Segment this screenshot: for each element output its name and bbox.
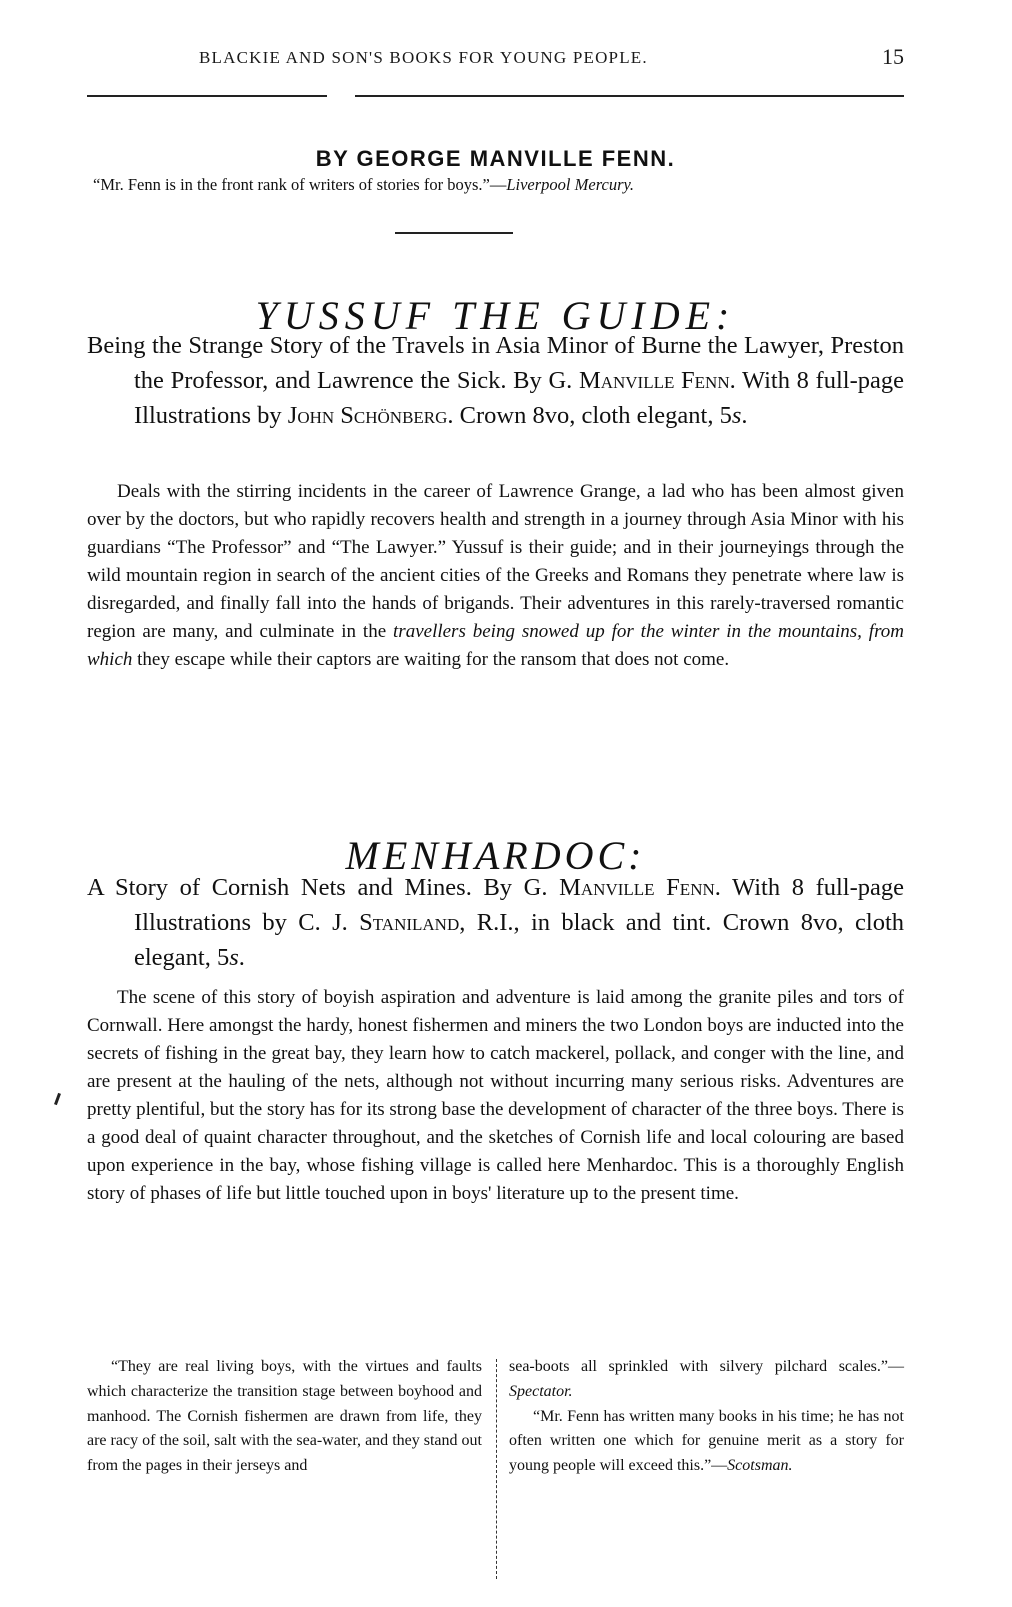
book-blurb-yussuf: Deals with the stirring incidents in the… — [87, 478, 904, 674]
author-quote: “Mr. Fenn is in the front rank of writer… — [87, 172, 904, 197]
running-title: Blackie and Son's Books for Young People… — [199, 48, 648, 68]
author-name: Manville Fenn — [559, 874, 715, 901]
illustrator-name: John Schönberg — [288, 402, 448, 429]
book-subtitle-menhardoc: A Story of Cornish Nets and Mines. By G.… — [87, 870, 904, 975]
review-column-right: sea-boots all sprinkled with silvery pil… — [509, 1355, 904, 1579]
review-spectator-part1: “They are real living boys, with the vir… — [87, 1355, 482, 1479]
illustrator-name: Staniland — [359, 909, 459, 936]
author-name: Manville Fenn — [579, 367, 730, 394]
section-divider — [395, 232, 513, 234]
ink-mark — [54, 1093, 61, 1105]
author-quote-source: Liverpool Mercury. — [506, 175, 634, 194]
header-rule-right — [355, 95, 904, 97]
column-divider — [496, 1359, 497, 1579]
review-column-left: “They are real living boys, with the vir… — [87, 1355, 482, 1579]
review-scotsman: “Mr. Fenn has written many books in his … — [509, 1405, 904, 1479]
page-number: 15 — [882, 44, 904, 70]
review-source: Spectator. — [509, 1383, 573, 1400]
press-reviews: “They are real living boys, with the vir… — [87, 1355, 904, 1579]
author-quote-text: “Mr. Fenn is in the front rank of writer… — [93, 175, 506, 194]
book-blurb-menhardoc: The scene of this story of boyish aspira… — [87, 984, 904, 1208]
book-subtitle-yussuf: Being the Strange Story of the Travels i… — [87, 328, 904, 433]
running-head: Blackie and Son's Books for Young People… — [87, 44, 904, 74]
review-source: Scotsman. — [727, 1457, 792, 1474]
author-heading: BY GEORGE MANVILLE FENN. — [87, 146, 904, 172]
header-rule-left — [87, 95, 327, 97]
review-spectator-part2: sea-boots all sprinkled with silvery pil… — [509, 1355, 904, 1405]
